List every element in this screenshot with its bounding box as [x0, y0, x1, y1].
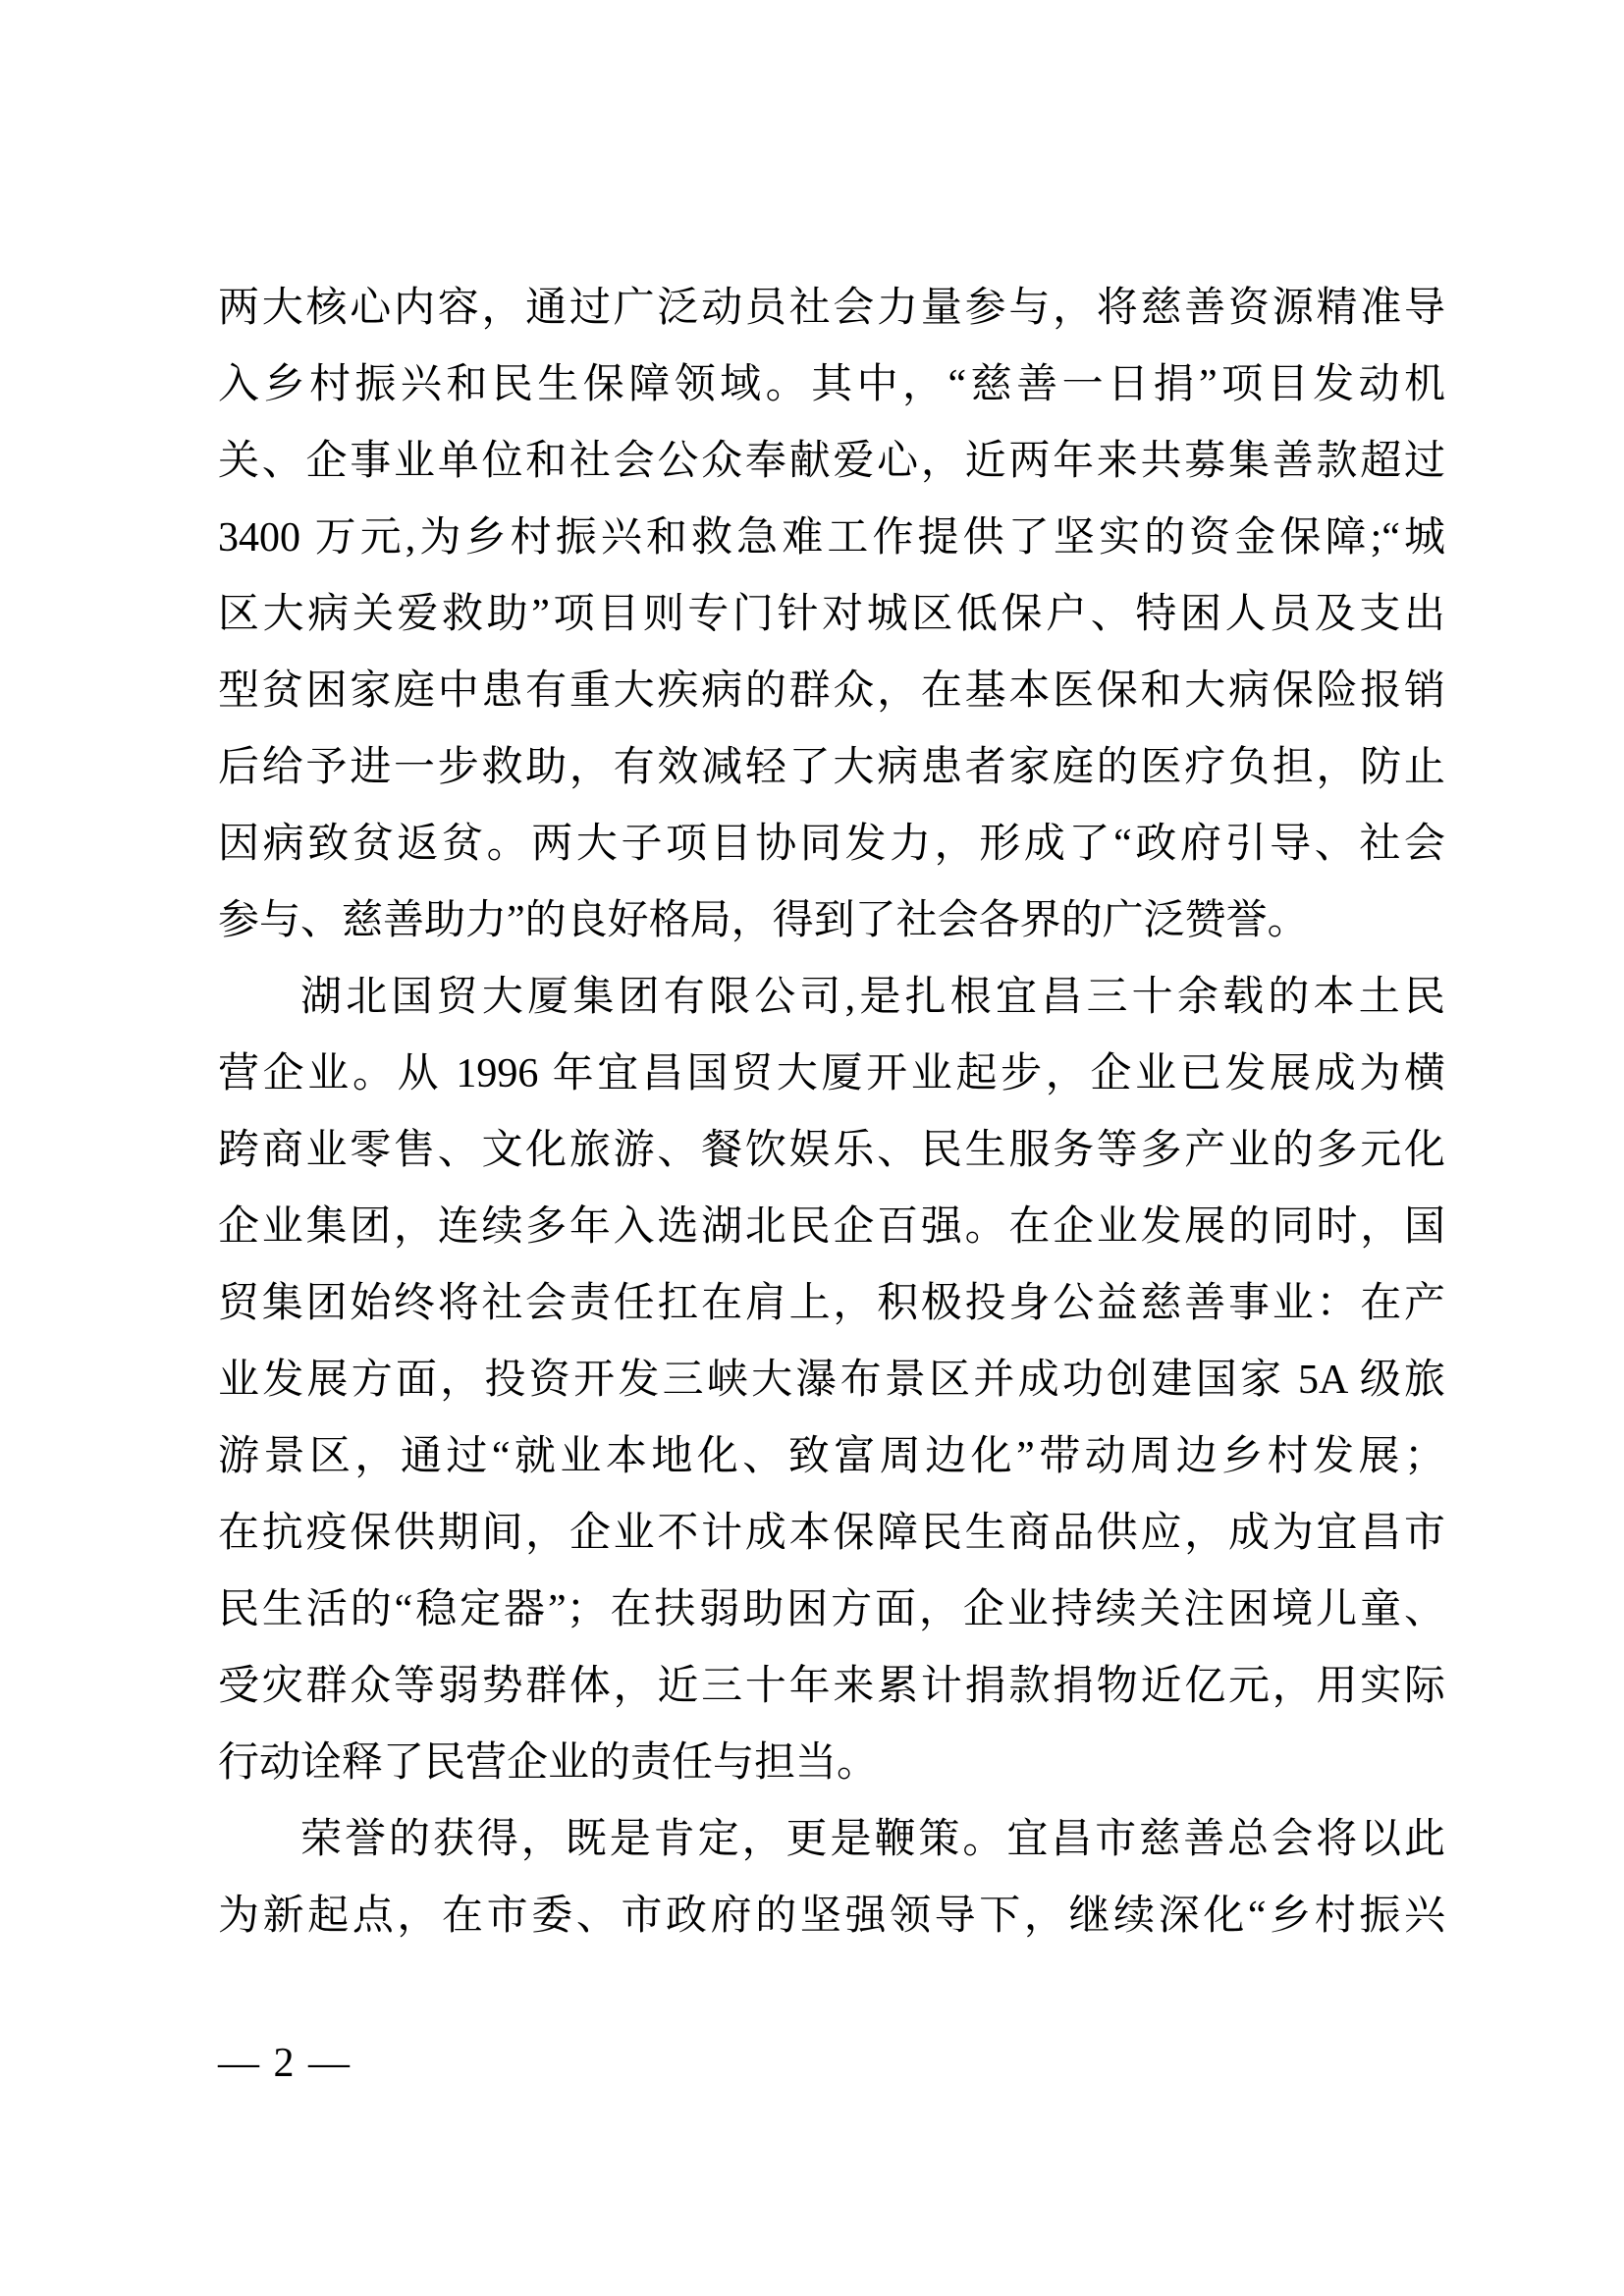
text-line: 行动诠释了民营企业的责任与担当。 [218, 1725, 1445, 1801]
text-line: 跨商业零售、文化旅游、餐饮娱乐、民生服务等多产业的多元化 [218, 1112, 1445, 1189]
text-line: 关、企事业单位和社会公众奉献爱心，近两年来共募集善款超过 [218, 423, 1445, 500]
text-line: 区大病关爱救助”项目则专门针对城区低保户、特困人员及支出 [218, 576, 1445, 653]
text-line: 荣誉的获得，既是肯定，更是鞭策。宜昌市慈善总会将以此 [218, 1801, 1445, 1878]
document-body: 两大核心内容，通过广泛动员社会力量参与，将慈善资源精准导入乡村振兴和民生保障领域… [218, 270, 1445, 1954]
text-line: 参与、慈善助力”的良好格局，得到了社会各界的广泛赞誉。 [218, 882, 1445, 959]
page-number: — 2 — [218, 2034, 352, 2093]
text-line: 因病致贫返贫。两大子项目协同发力，形成了“政府引导、社会 [218, 806, 1445, 882]
text-line: 游景区，通过“就业本地化、致富周边化”带动周边乡村发展； [218, 1418, 1445, 1495]
text-line: 业发展方面，投资开发三峡大瀑布景区并成功创建国家 5A 级旅 [218, 1342, 1445, 1418]
text-line: 贸集团始终将社会责任扛在肩上，积极投身公益慈善事业：在产 [218, 1265, 1445, 1342]
text-line: 民生活的“稳定器”；在扶弱助困方面，企业持续关注困境儿童、 [218, 1572, 1445, 1648]
text-line: 营企业。从 1996 年宜昌国贸大厦开业起步，企业已发展成为横 [218, 1036, 1445, 1112]
text-line: 湖北国贸大厦集团有限公司,是扎根宜昌三十余载的本土民 [218, 959, 1445, 1036]
text-line: 企业集团，连续多年入选湖北民企百强。在企业发展的同时，国 [218, 1189, 1445, 1265]
text-line: 后给予进一步救助，有效减轻了大病患者家庭的医疗负担，防止 [218, 729, 1445, 806]
text-line: 3400 万元,为乡村振兴和救急难工作提供了坚实的资金保障;“城 [218, 500, 1445, 576]
text-line: 两大核心内容，通过广泛动员社会力量参与，将慈善资源精准导 [218, 270, 1445, 347]
text-line: 为新起点，在市委、市政府的坚强领导下，继续深化“乡村振兴 [218, 1878, 1445, 1954]
text-line: 型贫困家庭中患有重大疾病的群众，在基本医保和大病保险报销 [218, 653, 1445, 729]
text-line: 入乡村振兴和民生保障领域。其中，“慈善一日捐”项目发动机 [218, 347, 1445, 423]
text-line: 在抗疫保供期间，企业不计成本保障民生商品供应，成为宜昌市 [218, 1495, 1445, 1572]
text-line: 受灾群众等弱势群体，近三十年来累计捐款捐物近亿元，用实际 [218, 1648, 1445, 1725]
document-page: 两大核心内容，通过广泛动员社会力量参与，将慈善资源精准导入乡村振兴和民生保障领域… [0, 0, 1624, 2296]
